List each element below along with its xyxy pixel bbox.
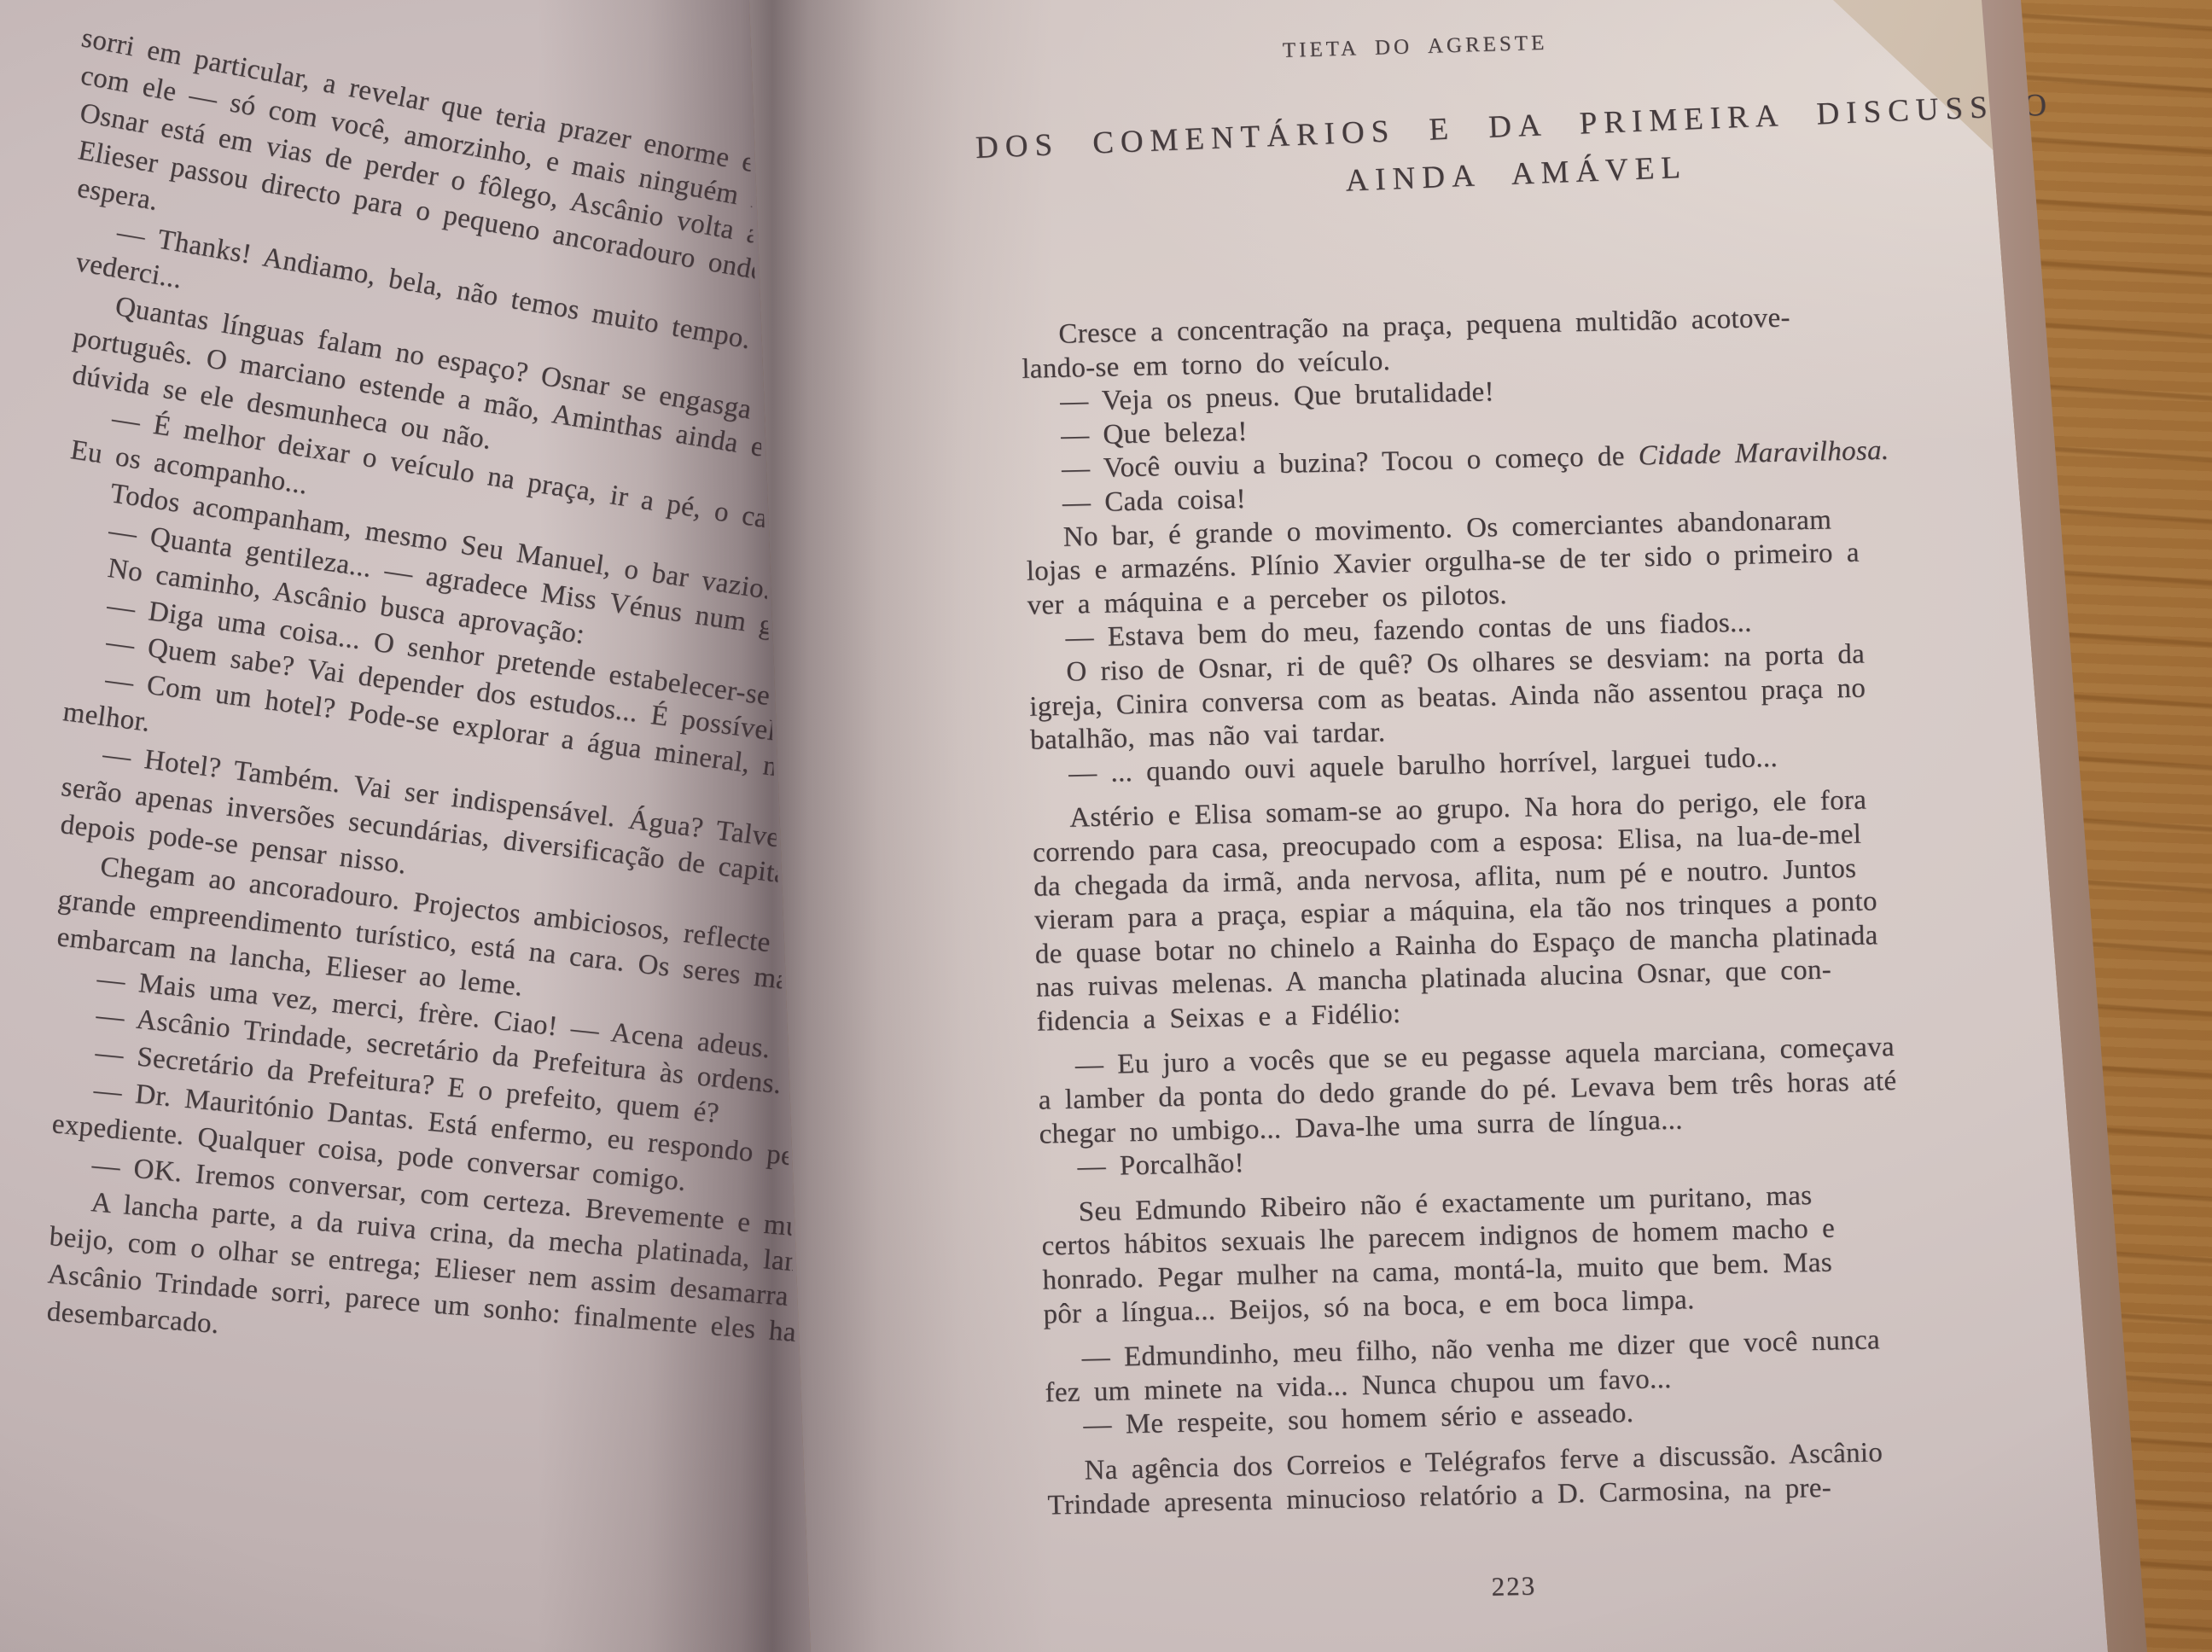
page-number: 223 <box>1045 1561 1984 1613</box>
right-page-text: TIETA DO AGRESTE DOS COMENTÁRIOS E DA PR… <box>1016 295 2104 1650</box>
open-book-photo: sorri em particular, a revelar que teria… <box>0 0 2212 1652</box>
italic-text: Cidade Maravilhosa. <box>1638 435 1889 472</box>
right-page-body: Cresce a concentração na praça, pequena … <box>1016 300 1912 1523</box>
